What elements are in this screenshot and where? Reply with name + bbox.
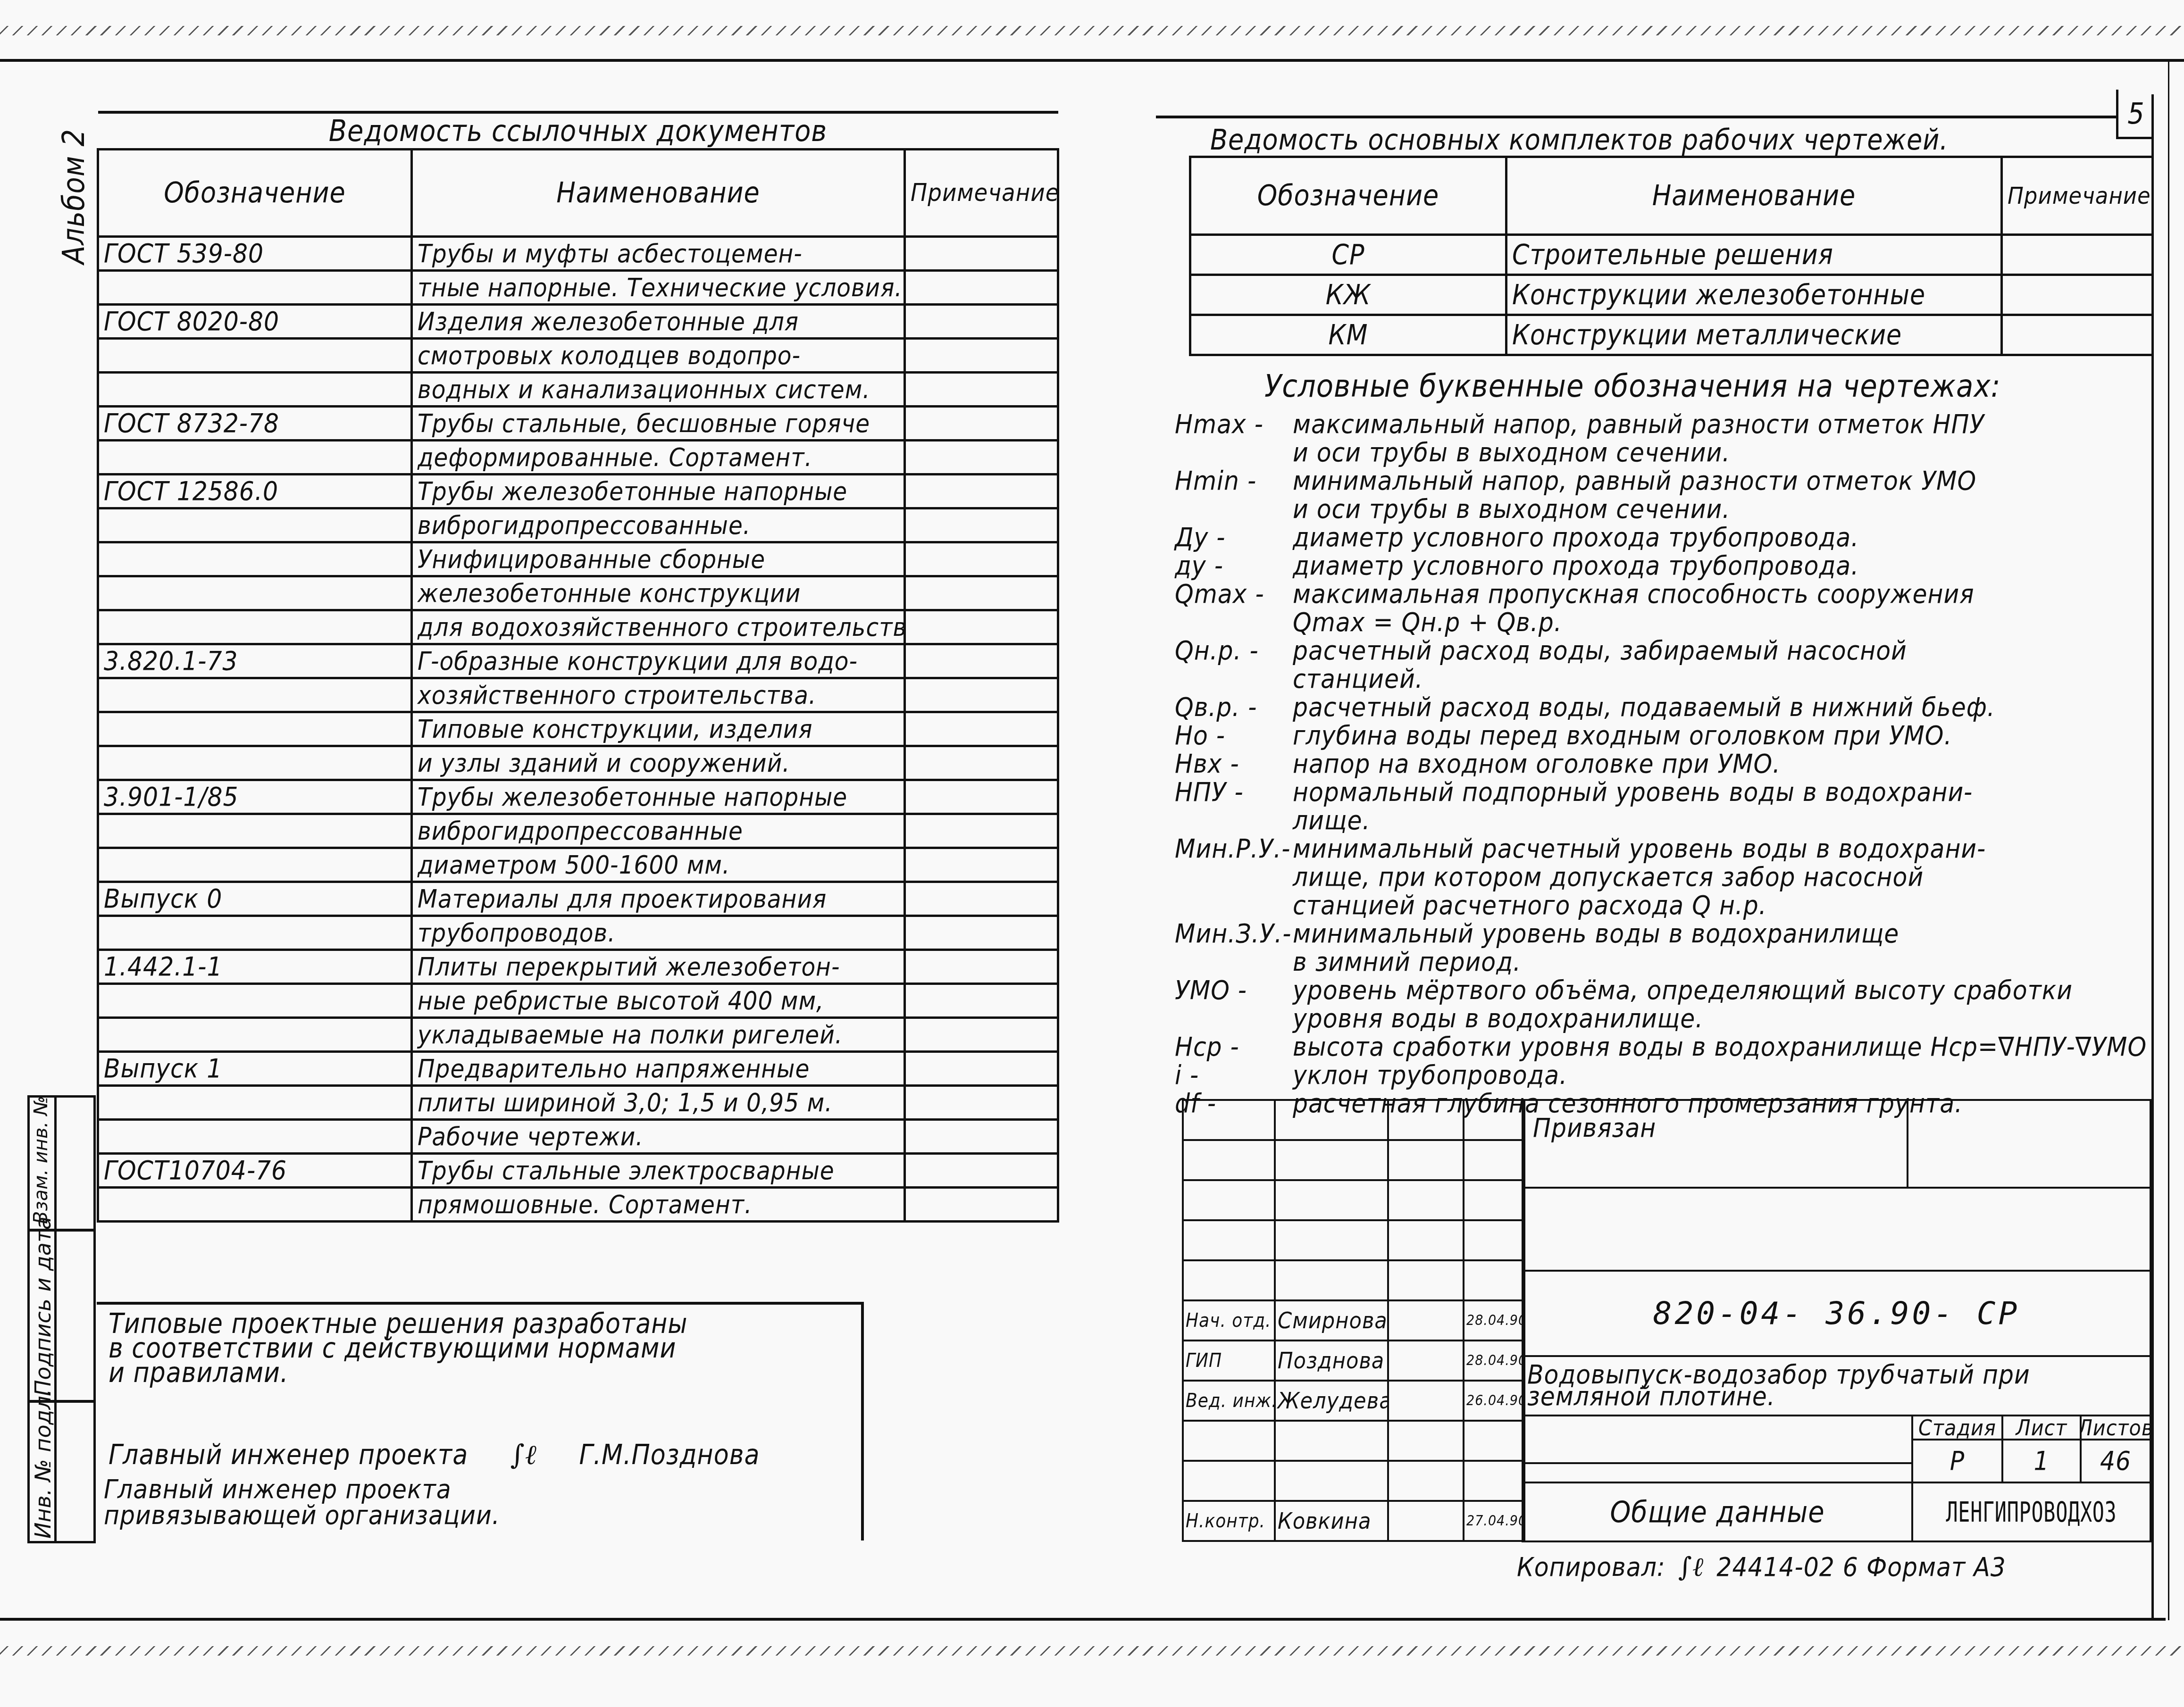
stamp-grid-cell bbox=[1274, 1139, 1389, 1181]
ref-note bbox=[905, 984, 1058, 1018]
sheet-right-edge bbox=[2168, 59, 2169, 1620]
table-row: железобетонные конструкции bbox=[98, 576, 1058, 610]
legend-text: максимальная пропускная способность соор… bbox=[1293, 580, 2147, 608]
set-name: Конструкции железобетонные bbox=[1506, 275, 2002, 315]
table-row: виброгидропрессованные bbox=[98, 814, 1058, 848]
ref-note bbox=[905, 1154, 1058, 1188]
doc-code-cell: 820-04- 36.90- СР bbox=[1522, 1270, 2151, 1357]
legend-text: расчетный расход воды, забираемый насосн… bbox=[1293, 637, 2147, 665]
ref-code: 1.442.1-1 bbox=[98, 950, 412, 984]
table-row: диаметром 500-1600 мм. bbox=[98, 848, 1058, 882]
legend-item-continued: в зимний период. bbox=[1175, 948, 2147, 976]
set-name: Строительные решения bbox=[1506, 235, 2002, 275]
binding-label-signature: Подпись и дата bbox=[30, 1216, 56, 1396]
legend-key bbox=[1175, 665, 1293, 693]
legend-key: Ду - bbox=[1175, 524, 1293, 552]
binding-engineer: Главный инженер проекта привязывающей ор… bbox=[104, 1476, 500, 1528]
ref-note bbox=[905, 644, 1058, 678]
set-note bbox=[2002, 235, 2153, 275]
reference-docs-table: Ведомость ссылочных документов Обозначен… bbox=[97, 111, 1059, 1223]
ref-note bbox=[905, 1018, 1058, 1052]
stamp-grid-cell bbox=[1182, 1259, 1276, 1301]
ref-code: Выпуск 1 bbox=[98, 1052, 412, 1086]
ref-code bbox=[98, 271, 412, 305]
ref-name: хозяйственного строительства. bbox=[412, 678, 905, 712]
legend-text: станцией. bbox=[1293, 665, 2147, 693]
ref-code bbox=[98, 441, 412, 475]
table-row: прямошовные. Сортамент. bbox=[98, 1188, 1058, 1222]
ref-note bbox=[905, 373, 1058, 407]
binding-label-replace: Взам. инв. № bbox=[30, 1096, 52, 1224]
ref-code bbox=[98, 712, 412, 746]
stamp-grid-cell bbox=[1182, 1420, 1276, 1462]
sheets-header: Листов bbox=[2080, 1415, 2151, 1441]
col-header-code: Обозначение bbox=[1190, 157, 1506, 235]
ref-name: смотровых колодцев водопро- bbox=[412, 339, 905, 373]
legend-item: Hвх -напор на входном оголовке при УМО. bbox=[1175, 750, 2147, 778]
col-header-name: Наименование bbox=[412, 150, 905, 237]
ref-code: ГОСТ10704-76 bbox=[98, 1154, 412, 1188]
project-title-line: земляной плотине. bbox=[1523, 1386, 1775, 1407]
ref-name: виброгидропрессованные. bbox=[412, 508, 905, 542]
note-text: Типовые проектные решения разработаны в … bbox=[109, 1311, 688, 1385]
signature-name: Позднова bbox=[1276, 1348, 1384, 1374]
legend-item-continued: станцией расчетного расхода Q н.р. bbox=[1175, 891, 2147, 920]
legend-key: Мин.Р.У.- bbox=[1175, 835, 1293, 863]
legend-key bbox=[1175, 439, 1293, 467]
stamp-grid-cell bbox=[1387, 1299, 1464, 1341]
main-sets-table: Обозначение Наименование Примечание СР С… bbox=[1189, 156, 2154, 356]
ref-code: ГОСТ 539-80 bbox=[98, 237, 412, 271]
ref-name: Материалы для проектирования bbox=[412, 882, 905, 916]
signature-date: 27.04.90 bbox=[1464, 1513, 1525, 1529]
stamp-grid-cell bbox=[1387, 1139, 1464, 1181]
stage-header: Стадия bbox=[1911, 1415, 2003, 1441]
col-header-note: Примечание bbox=[2002, 157, 2153, 235]
stamp-grid-cell bbox=[1387, 1259, 1464, 1301]
album-label: Альбом 2 bbox=[57, 129, 92, 264]
legend-text: глубина воды перед входным оголовком при… bbox=[1293, 722, 2147, 750]
ref-code bbox=[98, 848, 412, 882]
ref-name: Плиты перекрытий железобетон- bbox=[412, 950, 905, 984]
col-header-name: Наименование bbox=[1506, 157, 2002, 235]
organization-cell: ЛЕНГИПРОВОДХОЗ bbox=[1911, 1482, 2151, 1542]
copied-by: Копировал: ∫ℓ 24414-02 6 Формат А3 bbox=[1517, 1552, 2006, 1582]
ref-code bbox=[98, 814, 412, 848]
ref-note bbox=[905, 1086, 1058, 1120]
legend-key bbox=[1175, 1005, 1293, 1033]
stamp-grid-cell bbox=[1182, 1139, 1276, 1181]
ref-note bbox=[905, 508, 1058, 542]
table-row: 1.442.1-1Плиты перекрытий железобетон- bbox=[98, 950, 1058, 984]
table-row: водных и канализационных систем. bbox=[98, 373, 1058, 407]
ref-code: ГОСТ 12586.0 bbox=[98, 475, 412, 508]
stamp-grid-cell: Вед. инж. bbox=[1182, 1380, 1276, 1422]
ref-name: Трубы стальные, бесшовные горяче bbox=[412, 407, 905, 441]
ref-note bbox=[905, 1188, 1058, 1222]
legend-key: Qн.р. - bbox=[1175, 637, 1293, 665]
signature-name: Ковкина bbox=[1276, 1508, 1371, 1534]
table-row: смотровых колодцев водопро- bbox=[98, 339, 1058, 373]
set-note bbox=[2002, 315, 2153, 355]
page-number: 5 bbox=[2127, 96, 2144, 131]
stamp-grid-cell: ГИП bbox=[1182, 1340, 1276, 1382]
table-row: СР Строительные решения bbox=[1190, 235, 2153, 275]
legend-text: минимальный расчетный уровень воды в вод… bbox=[1293, 835, 2147, 863]
ref-code bbox=[98, 373, 412, 407]
ref-code bbox=[98, 542, 412, 576]
legend-title: Условные буквенные обозначения на чертеж… bbox=[1264, 368, 2001, 404]
stamp-grid-cell: 28.04.90 bbox=[1463, 1299, 1525, 1341]
legend-text: минимальный уровень воды в водохранилище bbox=[1293, 920, 2147, 948]
table-row: Рабочие чертежи. bbox=[98, 1120, 1058, 1154]
ref-name: Изделия железобетонные для bbox=[412, 305, 905, 339]
legend-key: Qmax - bbox=[1175, 580, 1293, 608]
table-row: хозяйственного строительства. bbox=[98, 678, 1058, 712]
page-number-box: 5 bbox=[2116, 90, 2154, 139]
copied-label: Копировал: bbox=[1517, 1552, 1665, 1582]
legend-item-continued: и оси трубы в выходном сечении. bbox=[1175, 495, 2147, 524]
signature-role: Вед. инж. bbox=[1184, 1390, 1276, 1412]
legend-item: НПУ -нормальный подпорный уровень воды в… bbox=[1175, 778, 2147, 807]
legend-text: уклон трубопровода. bbox=[1293, 1061, 2147, 1090]
stamp-grid-cell bbox=[1387, 1179, 1464, 1221]
table-row: и узлы зданий и сооружений. bbox=[98, 746, 1058, 780]
legend-text: расчетный расход воды, подаваемый в нижн… bbox=[1293, 693, 2147, 722]
legend-key: Ho - bbox=[1175, 722, 1293, 750]
ref-note bbox=[905, 1052, 1058, 1086]
table-row: ГОСТ 539-80Трубы и муфты асбестоцемен- bbox=[98, 237, 1058, 271]
ref-note bbox=[905, 542, 1058, 576]
ref-note bbox=[905, 475, 1058, 508]
set-code: СР bbox=[1190, 235, 1506, 275]
stamp-grid-cell bbox=[1387, 1420, 1464, 1462]
legend-key: ду - bbox=[1175, 552, 1293, 580]
ref-note bbox=[905, 746, 1058, 780]
table-row: ГОСТ 8020-80Изделия железобетонные для bbox=[98, 305, 1058, 339]
ref-name: плиты шириной 3,0; 1,5 и 0,95 м. bbox=[412, 1086, 905, 1120]
ref-name: виброгидропрессованные bbox=[412, 814, 905, 848]
legend-item-continued: Qmax = Qн.р + Qв.р. bbox=[1175, 608, 2147, 637]
stamp-grid-cell bbox=[1387, 1099, 1464, 1141]
ref-note bbox=[905, 610, 1058, 644]
legend-item: УМО -уровень мёртвого объёма, определяющ… bbox=[1175, 976, 2147, 1005]
stage-value-cell: Р bbox=[1911, 1439, 2003, 1483]
legend-text: лище, при котором допускается забор насо… bbox=[1293, 863, 2147, 891]
stamp-grid-cell bbox=[1274, 1460, 1389, 1502]
table-row: КМ Конструкции металлические bbox=[1190, 315, 2153, 355]
sheets-value-cell: 46 bbox=[2080, 1439, 2151, 1483]
signature-role: Н.контр. bbox=[1184, 1510, 1265, 1532]
sheet-value-cell: 1 bbox=[2001, 1439, 2082, 1483]
table-row: Типовые конструкции, изделия bbox=[98, 712, 1058, 746]
table-row: плиты шириной 3,0; 1,5 и 0,95 м. bbox=[98, 1086, 1058, 1120]
ref-note bbox=[905, 339, 1058, 373]
legend-text: лище. bbox=[1293, 807, 2147, 835]
stamp-grid-cell bbox=[1387, 1219, 1464, 1261]
ref-name: ные ребристые высотой 400 мм, bbox=[412, 984, 905, 1018]
doc-code: 820-04- 36.90- СР bbox=[1653, 1295, 2020, 1332]
ref-name: Г-образные конструкции для водо- bbox=[412, 644, 905, 678]
legend-text: минимальный напор, равный разности отмет… bbox=[1293, 467, 2147, 495]
signature-date: 28.04.90 bbox=[1464, 1312, 1525, 1329]
legend-text: высота сработки уровня воды в водохранил… bbox=[1293, 1033, 2147, 1061]
stamp-grid-cell: Н.контр. bbox=[1182, 1500, 1276, 1542]
ref-note bbox=[905, 950, 1058, 984]
legend-text: уровня воды в водохранилище. bbox=[1293, 1005, 2147, 1033]
legend-key bbox=[1175, 608, 1293, 637]
legend-text: уровень мёртвого объёма, определяющий вы… bbox=[1293, 976, 2147, 1005]
table-row: деформированные. Сортамент. bbox=[98, 441, 1058, 475]
table-row: Унифицированные сборные bbox=[98, 542, 1058, 576]
legend-key: Hвх - bbox=[1175, 750, 1293, 778]
stamp-grid-cell: Позднова bbox=[1274, 1340, 1389, 1382]
ref-code: 3.901-1/85 bbox=[98, 780, 412, 814]
legend-list: Hmax -максимальный напор, равный разност… bbox=[1175, 410, 2147, 1118]
stage-value: Р bbox=[1950, 1446, 1965, 1476]
ref-code bbox=[98, 610, 412, 644]
legend-key bbox=[1175, 495, 1293, 524]
set-code: КЖ bbox=[1190, 275, 1506, 315]
ref-note bbox=[905, 407, 1058, 441]
ref-note bbox=[905, 882, 1058, 916]
legend-item: Ho -глубина воды перед входным оголовком… bbox=[1175, 722, 2147, 750]
legend-item-continued: станцией. bbox=[1175, 665, 2147, 693]
ref-code: ГОСТ 8020-80 bbox=[98, 305, 412, 339]
ref-code bbox=[98, 746, 412, 780]
ref-name: Рабочие чертежи. bbox=[412, 1120, 905, 1154]
scan-edge-bottom bbox=[0, 1646, 2184, 1656]
ref-name: железобетонные конструкции bbox=[412, 576, 905, 610]
legend-item-continued: и оси трубы в выходном сечении. bbox=[1175, 439, 2147, 467]
copied-value: 24414-02 6 bbox=[1716, 1552, 1858, 1582]
table-row: ГОСТ 12586.0Трубы железобетонные напорны… bbox=[98, 475, 1058, 508]
legend-item: Ду -диаметр условного прохода трубопрово… bbox=[1175, 524, 2147, 552]
ref-code bbox=[98, 576, 412, 610]
stamp-grid-cell bbox=[1463, 1139, 1525, 1181]
table-row: ные ребристые высотой 400 мм, bbox=[98, 984, 1058, 1018]
sheet-top-line bbox=[0, 59, 2184, 62]
legend-key: i - bbox=[1175, 1061, 1293, 1090]
ref-code bbox=[98, 1188, 412, 1222]
set-code: КМ bbox=[1190, 315, 1506, 355]
ref-name: деформированные. Сортамент. bbox=[412, 441, 905, 475]
chief-engineer-name: Г.М.Позднова bbox=[579, 1439, 760, 1471]
signature-name: Желудева bbox=[1276, 1388, 1389, 1414]
copied-signature: ∫ℓ bbox=[1678, 1552, 1704, 1582]
organization: ЛЕНГИПРОВОДХОЗ bbox=[1946, 1496, 2117, 1528]
legend-item-continued: лище, при котором допускается забор насо… bbox=[1175, 863, 2147, 891]
ref-note bbox=[905, 916, 1058, 950]
table-row: КЖ Конструкции железобетонные bbox=[1190, 275, 2153, 315]
set-name: Конструкции металлические bbox=[1506, 315, 2002, 355]
stamp-grid-cell: Ковкина bbox=[1274, 1500, 1389, 1542]
table-row: Выпуск 1Предварительно напряженные bbox=[98, 1052, 1058, 1086]
legend-key: Hmin - bbox=[1175, 467, 1293, 495]
ref-name: Трубы стальные электросварные bbox=[412, 1154, 905, 1188]
stamp-grid-cell bbox=[1182, 1099, 1276, 1141]
signature-role: Нач. отд. bbox=[1184, 1310, 1272, 1332]
bound-side-cell bbox=[1907, 1099, 2151, 1189]
legend-item: Hср -высота сработки уровня воды в водох… bbox=[1175, 1033, 2147, 1061]
table-row: 3.820.1-73Г-образные конструкции для вод… bbox=[98, 644, 1058, 678]
ref-code bbox=[98, 508, 412, 542]
ref-code: 3.820.1-73 bbox=[98, 644, 412, 678]
stamp-grid-cell: 28.04.90 bbox=[1463, 1340, 1525, 1382]
legend-text: диаметр условного прохода трубопровода. bbox=[1293, 552, 2147, 580]
scan-edge-top bbox=[0, 26, 2184, 35]
stamp-grid-cell bbox=[1387, 1340, 1464, 1382]
sheets-value: 46 bbox=[2100, 1446, 2131, 1476]
ref-code bbox=[98, 1086, 412, 1120]
legend-item: i -уклон трубопровода. bbox=[1175, 1061, 2147, 1090]
legend-key: Мин.З.У.- bbox=[1175, 920, 1293, 948]
legend-key bbox=[1175, 863, 1293, 891]
ref-note bbox=[905, 1120, 1058, 1154]
ref-name: Трубы железобетонные напорные bbox=[412, 475, 905, 508]
table-row: укладываемые на полки ригелей. bbox=[98, 1018, 1058, 1052]
ref-name: прямошовные. Сортамент. bbox=[412, 1188, 905, 1222]
reference-docs-title: Ведомость ссылочных документов bbox=[98, 112, 1058, 150]
legend-item-continued: уровня воды в водохранилище. bbox=[1175, 1005, 2147, 1033]
stamp-grid-cell bbox=[1182, 1460, 1276, 1502]
sheet-header: Лист bbox=[2001, 1415, 2082, 1441]
stamp-grid-cell bbox=[1463, 1259, 1525, 1301]
signature-mark: ∫ℓ bbox=[477, 1439, 571, 1471]
signature-name: Смирнова bbox=[1276, 1307, 1388, 1334]
ref-code: ГОСТ 8732-78 bbox=[98, 407, 412, 441]
ref-note bbox=[905, 441, 1058, 475]
table-row: трубопроводов. bbox=[98, 916, 1058, 950]
format-label: Формат А3 bbox=[1866, 1552, 2006, 1582]
stamp-grid-cell bbox=[1387, 1500, 1464, 1542]
chief-engineer-label: Главный инженер проекта bbox=[109, 1439, 468, 1471]
legend-key: Hср - bbox=[1175, 1033, 1293, 1061]
stamp-grid-cell bbox=[1274, 1219, 1389, 1261]
table-row: Выпуск 0Материалы для проектирования bbox=[98, 882, 1058, 916]
ref-note bbox=[905, 678, 1058, 712]
ref-code bbox=[98, 984, 412, 1018]
ref-note bbox=[905, 237, 1058, 271]
legend-text: диаметр условного прохода трубопровода. bbox=[1293, 524, 2147, 552]
ref-note bbox=[905, 780, 1058, 814]
stamp-grid-cell bbox=[1274, 1420, 1389, 1462]
ref-name: Трубы железобетонные напорные bbox=[412, 780, 905, 814]
legend-text: нормальный подпорный уровень воды в водо… bbox=[1293, 778, 2147, 807]
ref-code: Выпуск 0 bbox=[98, 882, 412, 916]
stamp-grid-cell bbox=[1274, 1179, 1389, 1221]
stamp-grid-cell: Смирнова bbox=[1274, 1299, 1389, 1341]
stamp-grid-cell bbox=[1182, 1179, 1276, 1221]
ref-name: тные напорные. Технические условия. bbox=[412, 271, 905, 305]
stamp-grid-cell bbox=[1387, 1380, 1464, 1422]
legend-item: Мин.Р.У.-минимальный расчетный уровень в… bbox=[1175, 835, 2147, 863]
col-header-code: Обозначение bbox=[98, 150, 412, 237]
stamp-grid-cell bbox=[1387, 1460, 1464, 1502]
stamp-grid-cell bbox=[1463, 1460, 1525, 1502]
table-row: для водохозяйственного строительства. bbox=[98, 610, 1058, 644]
ref-name: трубопроводов. bbox=[412, 916, 905, 950]
legend-item: Qн.р. -расчетный расход воды, забираемый… bbox=[1175, 637, 2147, 665]
ref-note bbox=[905, 576, 1058, 610]
col-header-note: Примечание bbox=[905, 150, 1058, 237]
ref-note bbox=[905, 271, 1058, 305]
stamp-grid-cell bbox=[1463, 1099, 1525, 1141]
legend-key bbox=[1175, 948, 1293, 976]
legend-item: Hmin -минимальный напор, равный разности… bbox=[1175, 467, 2147, 495]
empty-cell bbox=[1522, 1187, 2151, 1272]
ref-code bbox=[98, 678, 412, 712]
legend-item-continued: лище. bbox=[1175, 807, 2147, 835]
ref-name: Трубы и муфты асбестоцемен- bbox=[412, 237, 905, 271]
stage-area bbox=[1522, 1415, 1913, 1464]
table-row: виброгидропрессованные. bbox=[98, 508, 1058, 542]
sheet-value: 1 bbox=[2033, 1446, 2049, 1476]
legend-text: Qmax = Qн.р + Qв.р. bbox=[1293, 608, 2147, 637]
legend-item: Hmax -максимальный напор, равный разност… bbox=[1175, 410, 2147, 439]
stamp-grid-cell bbox=[1182, 1219, 1276, 1261]
signature-date: 26.04.90 bbox=[1464, 1392, 1525, 1409]
title-block: Нач. отд.Смирнова28.04.90ГИППозднова28.0… bbox=[1182, 1099, 2151, 1542]
bound-label: Привязан bbox=[1523, 1113, 1656, 1143]
legend-key bbox=[1175, 891, 1293, 920]
bound-cell: Привязан bbox=[1522, 1099, 1908, 1189]
legend-key: УМО - bbox=[1175, 976, 1293, 1005]
project-title-cell: Водовыпуск-водозабор трубчатый при земля… bbox=[1522, 1355, 2151, 1416]
ref-name: Предварительно напряженные bbox=[412, 1052, 905, 1086]
table-row: 3.901-1/85Трубы железобетонные напорные bbox=[98, 780, 1058, 814]
signature-role: ГИП bbox=[1184, 1350, 1222, 1372]
main-sets-title-line bbox=[1156, 116, 2116, 118]
legend-item: Qmax -максимальная пропускная способност… bbox=[1175, 580, 2147, 608]
ref-note bbox=[905, 848, 1058, 882]
stamp-grid-cell: Желудева bbox=[1274, 1380, 1389, 1422]
ref-note bbox=[905, 814, 1058, 848]
stage-area-lower bbox=[1522, 1462, 1913, 1483]
legend-item: Qв.р. -расчетный расход воды, подаваемый… bbox=[1175, 693, 2147, 722]
table-row: тные напорные. Технические условия. bbox=[98, 271, 1058, 305]
set-note bbox=[2002, 275, 2153, 315]
table-row: ГОСТ 8732-78Трубы стальные, бесшовные го… bbox=[98, 407, 1058, 441]
legend-key: НПУ - bbox=[1175, 778, 1293, 807]
legend-text: напор на входном оголовке при УМО. bbox=[1293, 750, 2147, 778]
legend-text: и оси трубы в выходном сечении. bbox=[1293, 439, 2147, 467]
sheet-name-cell: Общие данные bbox=[1522, 1482, 1913, 1542]
ref-name: и узлы зданий и сооружений. bbox=[412, 746, 905, 780]
stamp-grid-cell bbox=[1463, 1179, 1525, 1221]
ref-note bbox=[905, 712, 1058, 746]
stamp-grid-cell bbox=[1274, 1099, 1389, 1141]
stamp-grid-cell bbox=[1463, 1420, 1525, 1462]
ref-note bbox=[905, 305, 1058, 339]
legend-key bbox=[1175, 807, 1293, 835]
main-sets-title: Ведомость основных комплектов рабочих че… bbox=[1210, 124, 1948, 157]
ref-name: Типовые конструкции, изделия bbox=[412, 712, 905, 746]
legend-key: Qв.р. - bbox=[1175, 693, 1293, 722]
binding-label-inventory: Инв. № подл. bbox=[30, 1389, 56, 1539]
legend-text: в зимний период. bbox=[1293, 948, 2147, 976]
ref-code bbox=[98, 339, 412, 373]
legend-text: и оси трубы в выходном сечении. bbox=[1293, 495, 2147, 524]
stamp-grid-cell: 27.04.90 bbox=[1463, 1500, 1525, 1542]
stamp-grid-cell bbox=[1274, 1259, 1389, 1301]
sheet-bottom-line bbox=[0, 1618, 2166, 1621]
legend-text: станцией расчетного расхода Q н.р. bbox=[1293, 891, 2147, 920]
legend-text: максимальный напор, равный разности отме… bbox=[1293, 410, 2147, 439]
ref-code bbox=[98, 1018, 412, 1052]
legend-item: ду -диаметр условного прохода трубопрово… bbox=[1175, 552, 2147, 580]
stamp-grid-cell: 26.04.90 bbox=[1463, 1380, 1525, 1422]
